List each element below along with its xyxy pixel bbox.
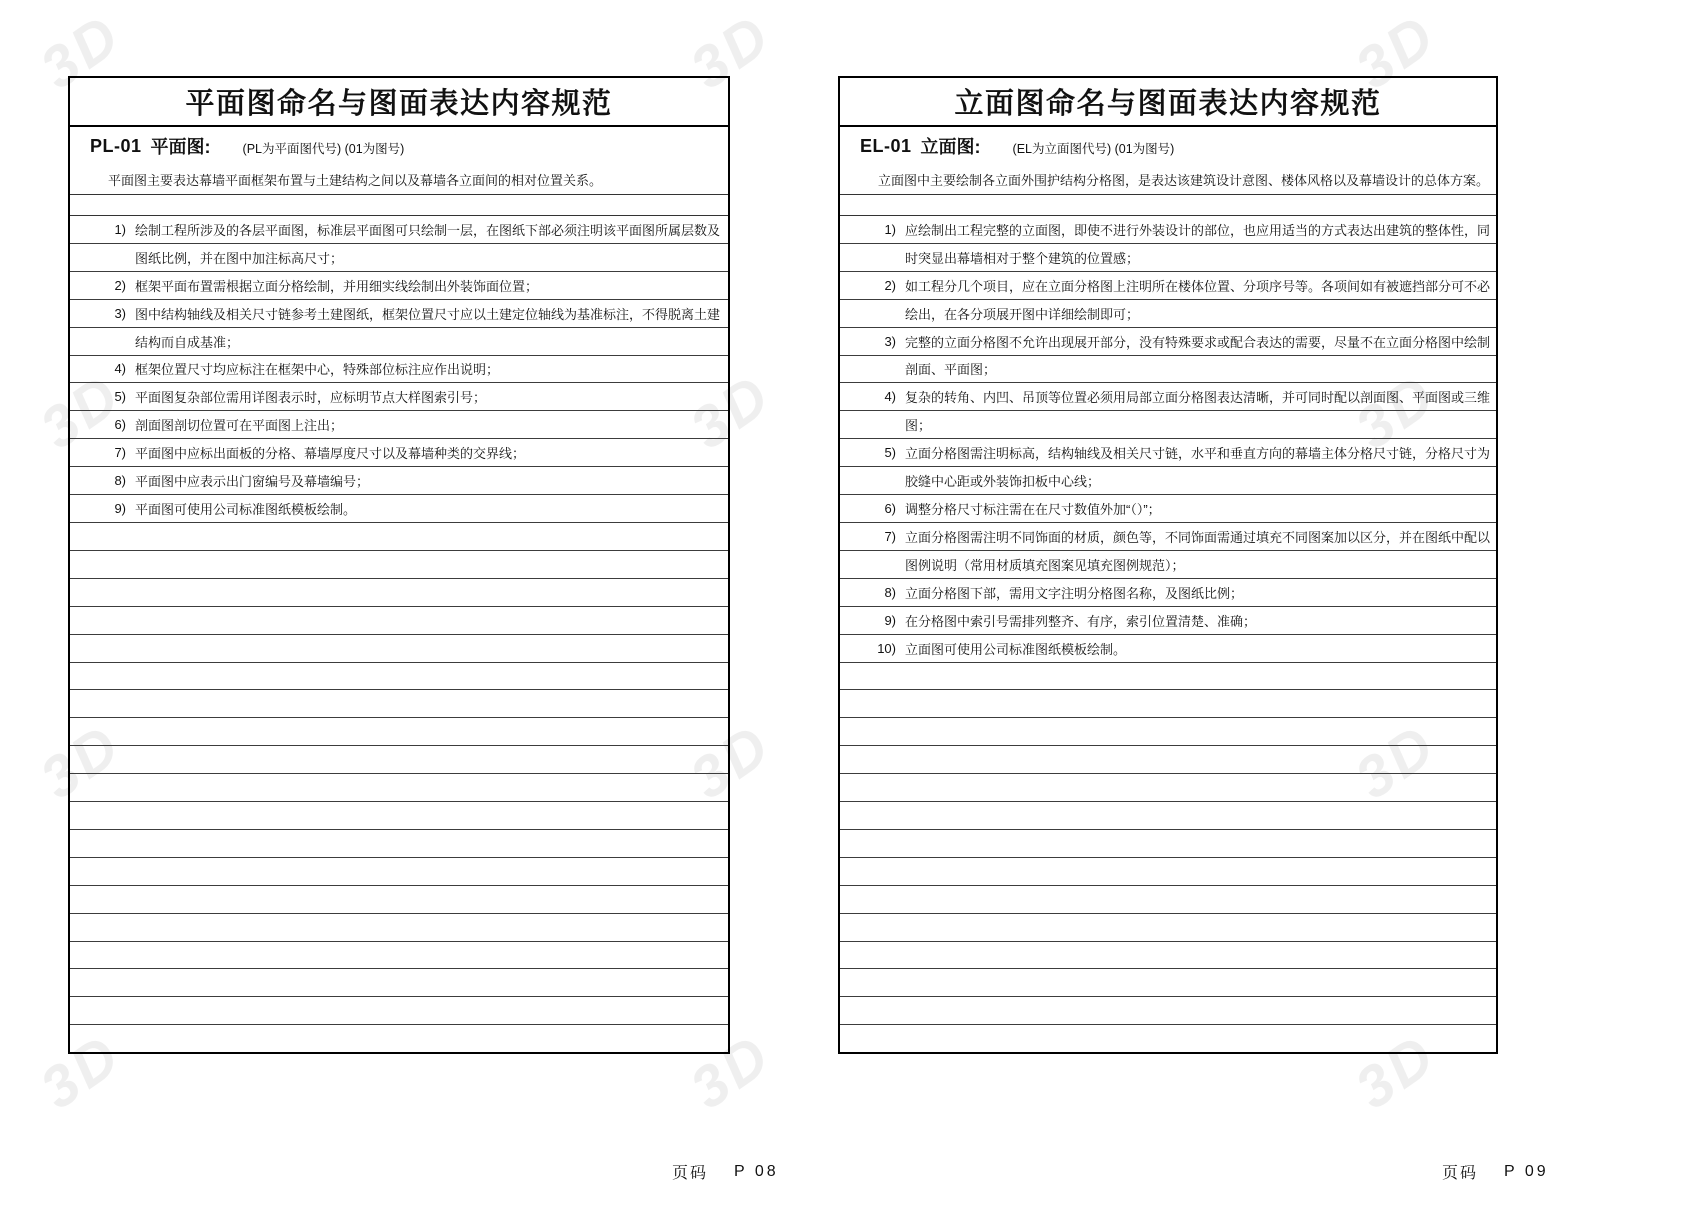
blank-row bbox=[840, 718, 1496, 746]
item-number: 4) bbox=[868, 389, 896, 404]
blank-row bbox=[840, 663, 1496, 691]
item-text: 图例说明（常用材质填充图案见填充图例规范）； bbox=[905, 555, 1185, 574]
drawing-code-note: (EL为立面图代号) (01为图号) bbox=[1013, 139, 1175, 157]
item-text: 平面图可使用公司标准图纸模板绘制。 bbox=[135, 499, 356, 518]
blank-row bbox=[840, 802, 1496, 830]
item-number: 10) bbox=[868, 641, 896, 656]
item-number: 3) bbox=[98, 306, 126, 321]
item-number: 2) bbox=[98, 278, 126, 293]
item-number: 4) bbox=[98, 361, 126, 376]
spec-row: 6)调整分格尺寸标注需在在尺寸数值外加“（）”； bbox=[840, 495, 1496, 523]
spec-row: 图例说明（常用材质填充图案见填充图例规范）； bbox=[840, 551, 1496, 579]
spec-row: 2)如工程分几个项目，应在立面分格图上注明所在楼体位置、分项序号等。各项间如有被… bbox=[840, 272, 1496, 300]
intro-text: 立面图中主要绘制各立面外围护结构分格图，是表达该建筑设计意图、楼体风格以及幕墙设… bbox=[840, 165, 1496, 195]
blank-row bbox=[70, 942, 728, 970]
spec-row: 剖面、平面图； bbox=[840, 356, 1496, 384]
blank-row bbox=[840, 690, 1496, 718]
page-number-right: 页码 P 09 bbox=[1442, 1160, 1549, 1183]
blank-row bbox=[70, 607, 728, 635]
spec-row: 胶缝中心距或外装饰扣板中心线； bbox=[840, 467, 1496, 495]
item-text: 平面图中应标出面板的分格、幕墙厚度尺寸以及幕墙种类的交界线； bbox=[135, 443, 525, 462]
item-text: 立面图可使用公司标准图纸模板绘制。 bbox=[905, 639, 1126, 658]
item-text: 在分格图中索引号需排列整齐、有序，索引位置清楚、准确； bbox=[905, 611, 1256, 630]
blank-row bbox=[70, 635, 728, 663]
blank-row bbox=[70, 858, 728, 886]
item-text: 剖面图剖切位置可在平面图上注出； bbox=[135, 415, 343, 434]
blank-row bbox=[840, 969, 1496, 997]
blank-row bbox=[840, 1025, 1496, 1052]
item-number: 7) bbox=[868, 529, 896, 544]
spec-row: 结构而自成基准； bbox=[70, 328, 728, 356]
drawing-code-label: 平面图: bbox=[151, 133, 211, 159]
blank-row bbox=[840, 914, 1496, 942]
item-text: 胶缝中心距或外装饰扣板中心线； bbox=[905, 471, 1100, 490]
blank-row bbox=[70, 914, 728, 942]
drawing-code: EL-01 bbox=[860, 136, 912, 157]
spec-row-list: 1)绘制工程所涉及的各层平面图，标准层平面图可只绘制一层，在图纸下部必须注明该平… bbox=[70, 216, 728, 1052]
item-number: 8) bbox=[868, 585, 896, 600]
item-text: 调整分格尺寸标注需在在尺寸数值外加“（）”； bbox=[905, 499, 1161, 518]
page-title: 平面图命名与图面表达内容规范 bbox=[70, 78, 728, 127]
spacer-row bbox=[70, 195, 728, 216]
spec-row: 7)平面图中应标出面板的分格、幕墙厚度尺寸以及幕墙种类的交界线； bbox=[70, 439, 728, 467]
item-text: 立面分格图需注明标高，结构轴线及相关尺寸链，水平和垂直方向的幕墙主体分格尺寸链，… bbox=[905, 443, 1490, 462]
item-number: 6) bbox=[98, 417, 126, 432]
page-number-label: 页码 bbox=[1442, 1160, 1478, 1183]
spacer-row bbox=[840, 195, 1496, 216]
blank-row bbox=[70, 886, 728, 914]
item-text: 结构而自成基准； bbox=[135, 332, 239, 351]
page-elevation-spec: 立面图命名与图面表达内容规范 EL-01 立面图: (EL为立面图代号) (01… bbox=[838, 76, 1498, 1054]
blank-row bbox=[70, 746, 728, 774]
blank-row bbox=[840, 774, 1496, 802]
item-text: 立面分格图需注明不同饰面的材质，颜色等，不同饰面需通过填充不同图案加以区分，并在… bbox=[905, 527, 1490, 546]
item-text: 图纸比例，并在图中加注标高尺寸； bbox=[135, 248, 343, 267]
blank-row bbox=[840, 746, 1496, 774]
spec-row: 4)框架位置尺寸均应标注在框架中心，特殊部位标注应作出说明； bbox=[70, 356, 728, 384]
item-text: 复杂的转角、内凹、吊顶等位置必须用局部立面分格图表达清晰，并可同时配以剖面图、平… bbox=[905, 387, 1490, 406]
drawing-code-row: PL-01 平面图: (PL为平面图代号) (01为图号) bbox=[70, 127, 728, 165]
item-number: 5) bbox=[868, 445, 896, 460]
blank-row bbox=[70, 663, 728, 691]
blank-row bbox=[70, 523, 728, 551]
blank-row bbox=[70, 774, 728, 802]
item-text: 立面分格图下部，需用文字注明分格图名称，及图纸比例； bbox=[905, 583, 1243, 602]
spec-row: 图； bbox=[840, 411, 1496, 439]
item-text: 图； bbox=[905, 415, 931, 434]
item-number: 9) bbox=[868, 613, 896, 628]
blank-row bbox=[70, 551, 728, 579]
drawing-code-label: 立面图: bbox=[921, 133, 981, 159]
spec-row: 时突显出幕墙相对于整个建筑的位置感； bbox=[840, 244, 1496, 272]
page-plan-spec: 平面图命名与图面表达内容规范 PL-01 平面图: (PL为平面图代号) (01… bbox=[68, 76, 730, 1054]
spec-row: 8)立面分格图下部，需用文字注明分格图名称，及图纸比例； bbox=[840, 579, 1496, 607]
spec-row-list: 1)应绘制出工程完整的立面图，即使不进行外装设计的部位，也应用适当的方式表达出建… bbox=[840, 216, 1496, 1052]
item-text: 应绘制出工程完整的立面图，即使不进行外装设计的部位，也应用适当的方式表达出建筑的… bbox=[905, 220, 1490, 239]
blank-row bbox=[70, 718, 728, 746]
item-number: 5) bbox=[98, 389, 126, 404]
blank-row bbox=[840, 830, 1496, 858]
item-number: 6) bbox=[868, 501, 896, 516]
page-number-left: 页码 P 08 bbox=[672, 1160, 779, 1183]
blank-row bbox=[70, 802, 728, 830]
intro-text: 平面图主要表达幕墙平面框架布置与土建结构之间以及幕墙各立面间的相对位置关系。 bbox=[70, 165, 728, 195]
item-number: 2) bbox=[868, 278, 896, 293]
item-number: 7) bbox=[98, 445, 126, 460]
spec-row: 10)立面图可使用公司标准图纸模板绘制。 bbox=[840, 635, 1496, 663]
blank-row bbox=[70, 1025, 728, 1052]
spec-row: 3)图中结构轴线及相关尺寸链参考土建图纸，框架位置尺寸应以土建定位轴线为基准标注… bbox=[70, 300, 728, 328]
blank-row bbox=[840, 858, 1496, 886]
item-number: 8) bbox=[98, 473, 126, 488]
spec-row: 8)平面图中应表示出门窗编号及幕墙编号； bbox=[70, 467, 728, 495]
page-number-value: P 09 bbox=[1504, 1163, 1549, 1181]
spec-row: 9)平面图可使用公司标准图纸模板绘制。 bbox=[70, 495, 728, 523]
blank-row bbox=[70, 969, 728, 997]
spec-row: 1)绘制工程所涉及的各层平面图，标准层平面图可只绘制一层，在图纸下部必须注明该平… bbox=[70, 216, 728, 244]
spec-row: 4)复杂的转角、内凹、吊顶等位置必须用局部立面分格图表达清晰，并可同时配以剖面图… bbox=[840, 383, 1496, 411]
spec-row: 1)应绘制出工程完整的立面图，即使不进行外装设计的部位，也应用适当的方式表达出建… bbox=[840, 216, 1496, 244]
drawing-code-note: (PL为平面图代号) (01为图号) bbox=[243, 139, 405, 157]
blank-row bbox=[70, 579, 728, 607]
page-number-value: P 08 bbox=[734, 1163, 779, 1181]
spec-row: 3)完整的立面分格图不允许出现展开部分，没有特殊要求或配合表达的需要，尽量不在立… bbox=[840, 328, 1496, 356]
blank-row bbox=[70, 690, 728, 718]
item-text: 框架平面布置需根据立面分格绘制，并用细实线绘制出外装饰面位置； bbox=[135, 276, 538, 295]
drawing-code-row: EL-01 立面图: (EL为立面图代号) (01为图号) bbox=[840, 127, 1496, 165]
blank-row bbox=[70, 830, 728, 858]
drawing-code: PL-01 bbox=[90, 136, 142, 157]
spec-row: 5)立面分格图需注明标高，结构轴线及相关尺寸链，水平和垂直方向的幕墙主体分格尺寸… bbox=[840, 439, 1496, 467]
spec-row: 绘出，在各分项展开图中详细绘制即可； bbox=[840, 300, 1496, 328]
item-text: 剖面、平面图； bbox=[905, 359, 996, 378]
spec-row: 9)在分格图中索引号需排列整齐、有序，索引位置清楚、准确； bbox=[840, 607, 1496, 635]
blank-row bbox=[840, 886, 1496, 914]
blank-row bbox=[840, 942, 1496, 970]
spec-row: 图纸比例，并在图中加注标高尺寸； bbox=[70, 244, 728, 272]
blank-row bbox=[840, 997, 1496, 1025]
item-number: 1) bbox=[98, 222, 126, 237]
item-text: 完整的立面分格图不允许出现展开部分，没有特殊要求或配合表达的需要，尽量不在立面分… bbox=[905, 332, 1490, 351]
item-text: 框架位置尺寸均应标注在框架中心，特殊部位标注应作出说明； bbox=[135, 359, 499, 378]
item-number: 1) bbox=[868, 222, 896, 237]
blank-row bbox=[70, 997, 728, 1025]
spec-row: 6)剖面图剖切位置可在平面图上注出； bbox=[70, 411, 728, 439]
spec-row: 7)立面分格图需注明不同饰面的材质，颜色等，不同饰面需通过填充不同图案加以区分，… bbox=[840, 523, 1496, 551]
item-text: 平面图中应表示出门窗编号及幕墙编号； bbox=[135, 471, 369, 490]
item-number: 3) bbox=[868, 334, 896, 349]
item-text: 平面图复杂部位需用详图表示时，应标明节点大样图索引号； bbox=[135, 387, 486, 406]
item-number: 9) bbox=[98, 501, 126, 516]
spec-row: 5)平面图复杂部位需用详图表示时，应标明节点大样图索引号； bbox=[70, 383, 728, 411]
item-text: 图中结构轴线及相关尺寸链参考土建图纸，框架位置尺寸应以土建定位轴线为基准标注，不… bbox=[135, 304, 720, 323]
item-text: 绘出，在各分项展开图中详细绘制即可； bbox=[905, 304, 1139, 323]
item-text: 绘制工程所涉及的各层平面图，标准层平面图可只绘制一层，在图纸下部必须注明该平面图… bbox=[135, 220, 720, 239]
item-text: 时突显出幕墙相对于整个建筑的位置感； bbox=[905, 248, 1139, 267]
page-number-label: 页码 bbox=[672, 1160, 708, 1183]
spec-row: 2)框架平面布置需根据立面分格绘制，并用细实线绘制出外装饰面位置； bbox=[70, 272, 728, 300]
page-title: 立面图命名与图面表达内容规范 bbox=[840, 78, 1496, 127]
item-text: 如工程分几个项目，应在立面分格图上注明所在楼体位置、分项序号等。各项间如有被遮挡… bbox=[905, 276, 1490, 295]
